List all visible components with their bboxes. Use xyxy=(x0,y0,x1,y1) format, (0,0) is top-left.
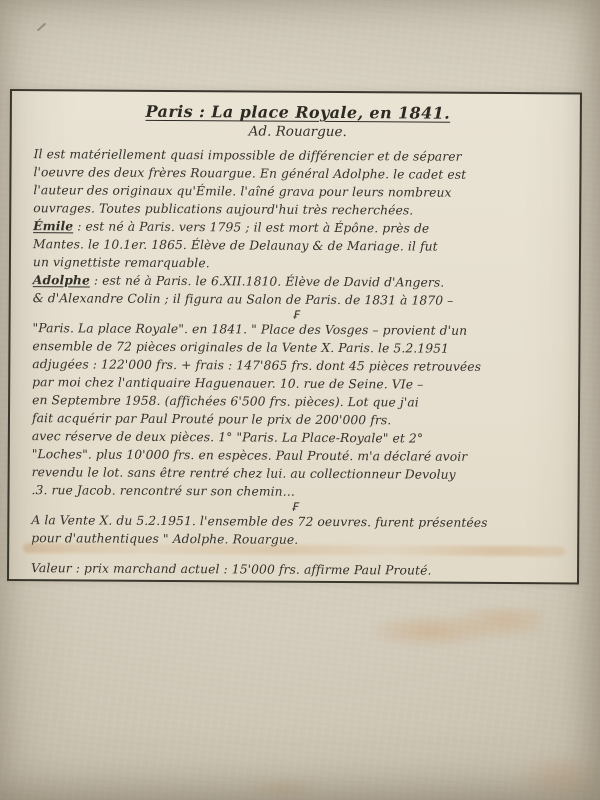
pencil-scribble-mark xyxy=(37,23,47,32)
document-frame: Paris : La place Royale, en 1841. Ad. Ro… xyxy=(7,89,582,584)
handwriting-body: Il est matériellement quasi impossible d… xyxy=(31,145,561,550)
document-author: Ad. Rouargue. xyxy=(34,122,562,141)
paragraph: Adolphe : est né à Paris. le 6.XII.1810.… xyxy=(33,271,561,310)
handwritten-line: pour d'authentiques " Adolphe. Rouargue. xyxy=(31,529,559,550)
paragraph: "Paris. La place Royale". en 1841. " Pla… xyxy=(31,319,560,502)
underlined-lead-word: Adolphe xyxy=(33,272,90,287)
foxing-stain-bottom-center xyxy=(238,772,328,800)
paragraph: Émile : est né à Paris. vers 1795 ; il e… xyxy=(33,217,561,274)
valuation-line: Valeur : prix marchand actuel : 15'000 f… xyxy=(31,559,559,580)
foxing-stain-right xyxy=(372,608,542,650)
paragraph: A la Vente X. du 5.2.1951. l'ensemble de… xyxy=(31,511,559,550)
document-title: Paris : La place Royale, en 1841. xyxy=(34,101,562,123)
underlined-lead-word: Émile xyxy=(33,218,73,233)
foxing-stain-bottom-right xyxy=(500,742,600,800)
photograph-background: Paris : La place Royale, en 1841. Ad. Ro… xyxy=(0,0,600,800)
paragraph: Il est matériellement quasi impossible d… xyxy=(33,145,561,220)
